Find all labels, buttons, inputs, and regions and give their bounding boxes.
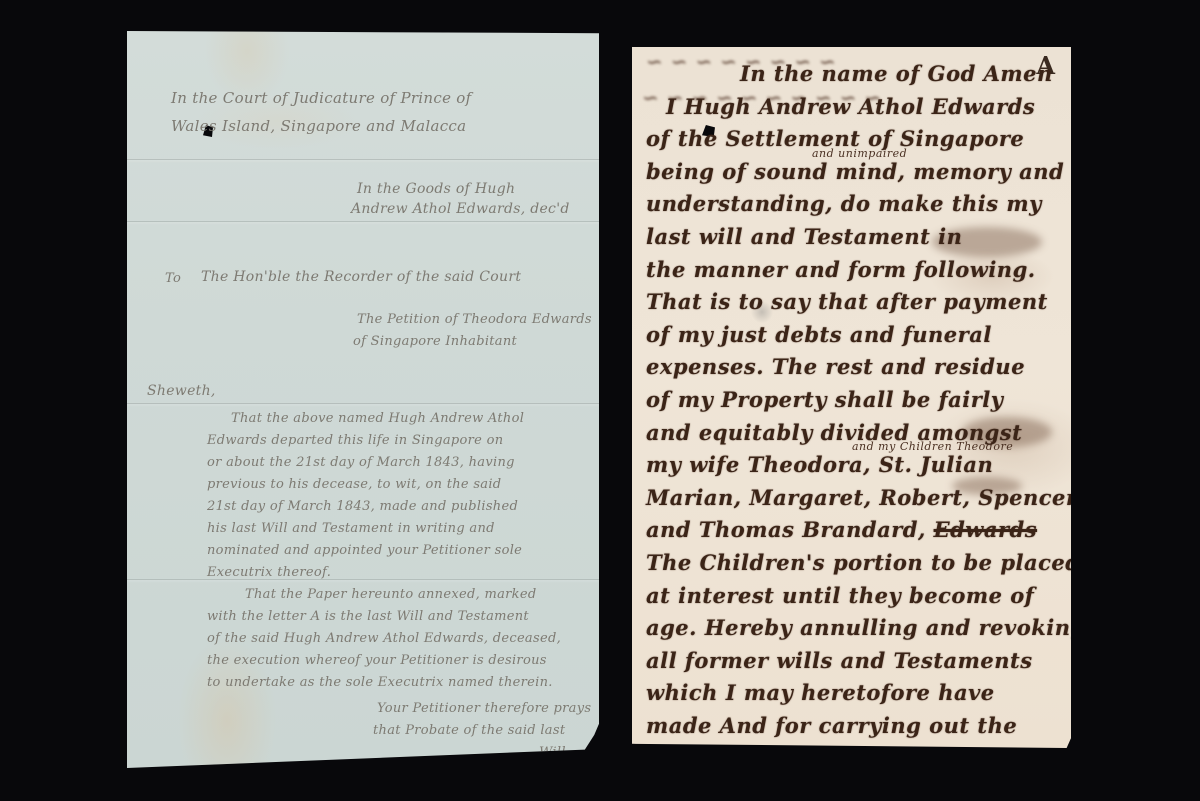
handwritten-will-document: A ~ ~ ~ ~ ~ ~ ~ ~ ~ ~ ~ ~ ~ ~ ~ ~ ~ ~ an… xyxy=(632,47,1071,748)
petition-paragraph-line: Edwards departed this life in Singapore … xyxy=(207,433,503,448)
will-text-line: and equitably divided amongst xyxy=(646,420,1022,445)
will-text-line: understanding, do make this my xyxy=(646,191,1042,216)
will-text-line: The Children's portion to be placed xyxy=(646,550,1071,575)
prayer-line: that Probate of the said last xyxy=(373,723,565,738)
will-text-line: I Hugh Andrew Athol Edwards xyxy=(666,94,1035,119)
sheweth-label: Sheweth, xyxy=(147,383,216,399)
petition-paragraph-line: 21st day of March 1843, made and publish… xyxy=(207,499,518,514)
estate-title-line: Andrew Athol Edwards, dec'd xyxy=(351,201,570,217)
addressee-line: The Hon'ble the Recorder of the said Cou… xyxy=(201,269,521,285)
petition-paragraph-line: previous to his decease, to wit, on the … xyxy=(207,477,501,492)
will-text-line: and Thomas Brandard, Edwards xyxy=(646,517,1037,542)
paper-fold-line xyxy=(127,159,599,160)
will-text-line: That is to say that after payment xyxy=(646,289,1048,314)
petition-paragraph-line: to undertake as the sole Executrix named… xyxy=(207,675,553,690)
petition-paragraph-line: nominated and appointed your Petitioner … xyxy=(207,543,522,558)
will-text-line: made And for carrying out the xyxy=(646,713,1017,738)
will-text-line: age. Hereby annulling and revoking xyxy=(646,615,1071,640)
will-text-line: all former wills and Testaments xyxy=(646,648,1033,673)
will-text-line: last will and Testament in xyxy=(646,224,962,249)
estate-title-line: In the Goods of Hugh xyxy=(357,181,515,197)
will-text-line: of my Property shall be fairly xyxy=(646,387,1003,412)
petition-paragraph-line: Executrix thereof. xyxy=(207,565,331,580)
petition-paragraph-line: the execution whereof your Petitioner is… xyxy=(207,653,547,668)
petition-paragraph-line: That the above named Hugh Andrew Athol xyxy=(231,411,524,426)
will-text-line: Marian, Margaret, Robert, Spencer, xyxy=(646,485,1071,510)
petition-paragraph-line: of the said Hugh Andrew Athol Edwards, d… xyxy=(207,631,561,646)
will-text-line: being of sound mind, memory and xyxy=(646,159,1064,184)
will-text-line: of my just debts and funeral xyxy=(646,322,992,347)
will-text-line: of the Settlement of Singapore xyxy=(646,126,1024,151)
struck-out-word: Edwards xyxy=(934,517,1037,542)
photo-backdrop: In the Court of Judicature of Prince of … xyxy=(0,0,1200,801)
court-heading-line: Wales Island, Singapore and Malacca xyxy=(171,117,466,135)
paper-fold-line xyxy=(127,221,599,222)
petition-paragraph-line: with the letter A is the last Will and T… xyxy=(207,609,529,624)
petition-paragraph-line: or about the 21st day of March 1843, hav… xyxy=(207,455,515,470)
probate-petition-document: In the Court of Judicature of Prince of … xyxy=(127,31,599,768)
to-prefix: To xyxy=(165,271,181,286)
petition-paragraph-line: his last Will and Testament in writing a… xyxy=(207,521,495,536)
petition-paragraph-line: That the Paper hereunto annexed, marked xyxy=(245,587,536,602)
will-text-line: the manner and form following. xyxy=(646,257,1036,282)
paper-fold-line xyxy=(127,403,599,404)
petitioner-line: The Petition of Theodora Edwards xyxy=(357,312,592,327)
prayer-line: Your Petitioner therefore prays xyxy=(377,701,591,716)
will-text-line: which I may heretofore have xyxy=(646,680,995,705)
will-text-line: In the name of God Amen xyxy=(740,61,1053,86)
court-heading-line: In the Court of Judicature of Prince of xyxy=(171,89,472,107)
will-text-line: at interest until they become of xyxy=(646,583,1034,608)
prayer-line: Will xyxy=(539,745,566,760)
will-text-line: expenses. The rest and residue xyxy=(646,354,1025,379)
paper-fold-line xyxy=(127,579,599,580)
petitioner-line: of Singapore Inhabitant xyxy=(353,334,517,349)
will-text-line: my wife Theodora, St. Julian xyxy=(646,452,993,477)
